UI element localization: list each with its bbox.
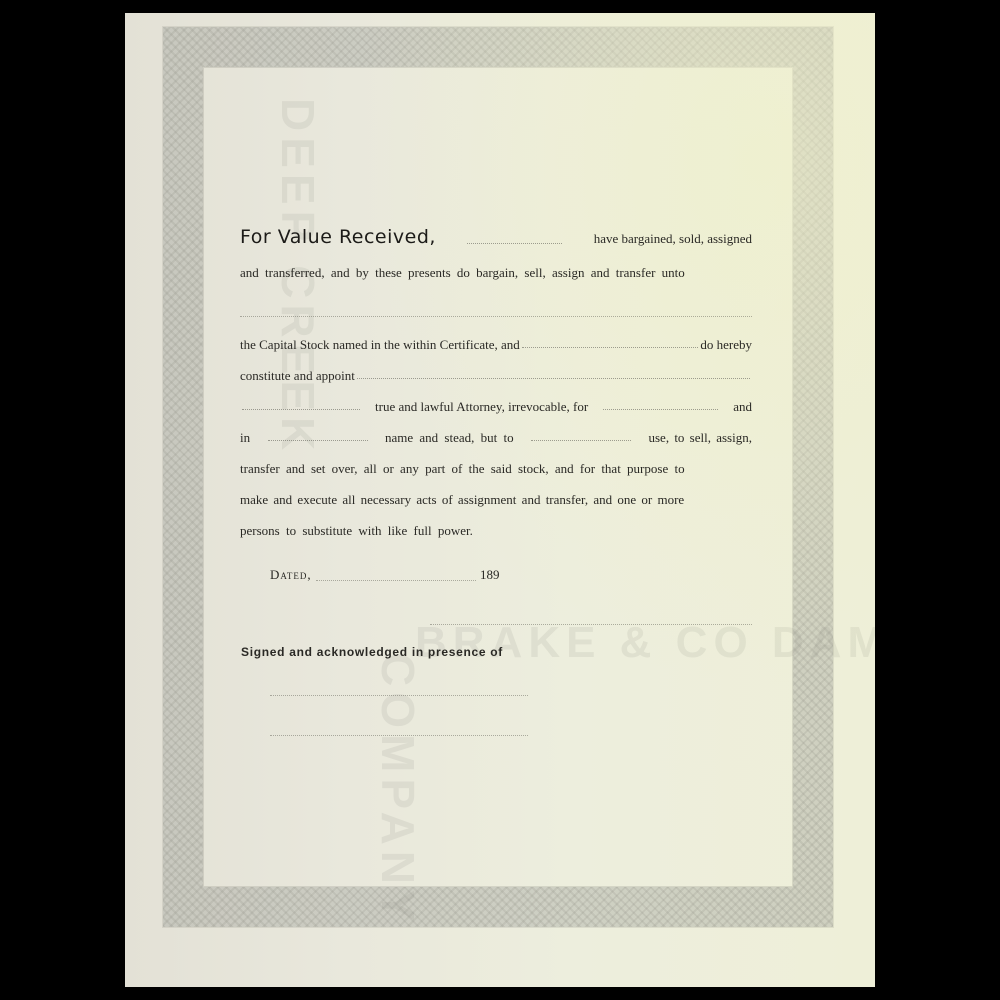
dated-label: Dated, [270,568,312,581]
owner-signature-line[interactable] [430,624,752,625]
assignee-name-field[interactable] [240,316,752,317]
attorney-pronoun-field[interactable] [242,409,360,410]
principal-pronoun-field-1[interactable] [603,409,718,410]
witness-label: Signed and acknowledged in presence of [241,646,503,658]
assignor-pronoun-field[interactable] [522,347,699,348]
assignment-line-7: in name and stead, but to use, to sell, … [240,431,752,444]
year-prefix: 189 [480,568,500,581]
line-10-text: persons to substitute with like full pow… [240,524,473,537]
ornamental-border [163,27,833,927]
assignment-line-8: transfer and set over, all or any part o… [240,462,752,475]
line-6-end: and [733,400,752,413]
assignment-line-1: For Value Received, have bargained, sold… [240,228,752,247]
line-9-text: make and execute all necessary acts of a… [240,493,684,506]
assignment-line-5: constitute and appoint [240,369,752,382]
date-field[interactable] [316,580,476,581]
line-2-text: and transferred, and by these presents d… [240,266,685,279]
principal-pronoun-field-2[interactable] [268,440,368,441]
line-1-text: have bargained, sold, assigned [594,232,752,245]
witness-signature-line-2[interactable] [270,735,528,736]
assignment-line-9: make and execute all necessary acts of a… [240,493,752,506]
heading-for-value-received: For Value Received, [240,228,436,247]
line-7-text: name and stead, but to [385,431,514,444]
line-7-end: use, to sell, assign, [648,431,752,444]
assignment-line-4: the Capital Stock named in the within Ce… [240,338,752,351]
assignment-line-6: true and lawful Attorney, irrevocable, f… [240,400,752,413]
line-7-start: in [240,431,250,444]
assignor-name-field[interactable] [467,243,562,244]
witness-signature-line-1[interactable] [270,695,528,696]
principal-pronoun-field-3[interactable] [531,440,631,441]
assignment-line-2: and transferred, and by these presents d… [240,266,752,279]
attorney-name-field[interactable] [357,378,750,379]
line-5-text: constitute and appoint [240,369,355,382]
line-8-text: transfer and set over, all or any part o… [240,462,685,475]
line-4-text: the Capital Stock named in the within Ce… [240,338,520,351]
line-4-end: do hereby [700,338,752,351]
line-6-text: true and lawful Attorney, irrevocable, f… [375,400,588,413]
